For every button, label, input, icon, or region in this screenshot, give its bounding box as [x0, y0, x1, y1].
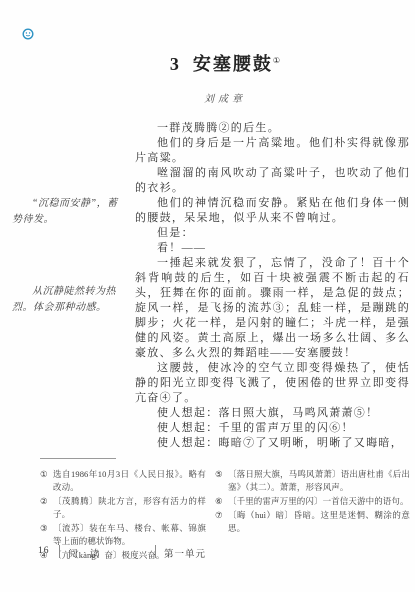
paragraph: 但是： [135, 226, 410, 241]
footnote-number: ⑥ [215, 495, 228, 508]
footnote-text: 〔茂腾腾〕陕北方言，形容有活力的样子。 [53, 495, 206, 521]
paragraph: 这腰鼓，使冰冷的空气立即变得燥热了，使恬静的阳光立即变得飞溅了，使困倦的世界立即… [135, 361, 410, 406]
paragraph: 使人想起：千里的雷声万里的闪⑥！ [135, 421, 410, 436]
paragraph: 一群茂腾腾②的后生。 [135, 121, 410, 136]
footnote: ① 选自1986年10月3日《人民日报》。略有改动。 [40, 468, 206, 494]
footnote-number: ⑤ [215, 468, 228, 494]
footnote-number: ② [40, 495, 53, 521]
footnote-number: ⑦ [215, 509, 228, 535]
textbook-page: 3安塞腰鼓① 刘成章 “沉稳而安静”，蓄势待发。 从沉静陡然转为热烈。体会那种动… [0, 0, 415, 592]
footnote-separator [40, 458, 116, 459]
paragraph: 使人想起：落日照大旗，马鸣风萧萧⑤！ [135, 406, 410, 421]
body-text-column: 一群茂腾腾②的后生。 他们的身后是一片高粱地。他们朴实得就像那片高粱。 咝溜溜的… [135, 121, 410, 451]
page-number: 16 [38, 546, 50, 556]
paragraph: 看！—— [135, 241, 410, 256]
smiley-face-icon[interactable] [22, 27, 34, 39]
lesson-title-text: 安塞腰鼓 [193, 54, 273, 74]
footnote-text: 〔晦（huì）暗〕昏暗。这里是迷惘、糊涂的意思。 [228, 509, 410, 535]
unit-label: 第一单元 [164, 546, 206, 560]
paragraph: 他们的身后是一片高粱地。他们朴实得就像那片高粱。 [135, 136, 410, 166]
section-label: 阅 读 [68, 546, 104, 560]
title-footnote-ref: ① [273, 56, 280, 65]
footnote: ⑦ 〔晦（huì）暗〕昏暗。这里是迷惘、糊涂的意思。 [215, 509, 410, 535]
footer-divider [59, 545, 60, 558]
footnote: ② 〔茂腾腾〕陕北方言，形容有活力的样子。 [40, 495, 206, 521]
page-footer: 16 阅 读 第一单元 [0, 545, 415, 561]
paragraph: 使人想起：晦暗⑦了又明晰，明晰了又晦暗， [135, 436, 410, 451]
footnote-text: 选自1986年10月3日《人民日报》。略有改动。 [53, 468, 206, 494]
margin-note: “沉稳而安静”，蓄势待发。 [12, 196, 120, 228]
lesson-title: 3安塞腰鼓① [0, 50, 415, 76]
footer-divider [155, 545, 156, 558]
paragraph: 一捶起来就发狠了，忘情了，没命了！百十个斜背响鼓的后生，如百十块被强震不断击起的… [135, 256, 410, 361]
paragraph: 他们的神情沉稳而安静。紧贴在他们身体一侧的腰鼓，呆呆地，似乎从来不曾响过。 [135, 196, 410, 226]
footnote-text: 〔落日照大旗，马鸣风萧萧〕语出唐杜甫《后出塞》（其二）。萧萧，形容风声。 [228, 468, 410, 494]
footnote: ⑥ 〔千里的雷声万里的闪〕一首信天游中的语句。 [215, 495, 410, 508]
footnote-number: ① [40, 468, 53, 494]
footnote-text: 〔千里的雷声万里的闪〕一首信天游中的语句。 [228, 495, 410, 508]
lesson-number: 3 [170, 54, 179, 74]
paragraph: 咝溜溜的南风吹动了高粱叶子，也吹动了他们的衣衫。 [135, 166, 410, 196]
author-name: 刘成章 [0, 90, 415, 105]
margin-note: 从沉静陡然转为热烈。体会那种动感。 [12, 284, 120, 316]
footnote: ⑤ 〔落日照大旗，马鸣风萧萧〕语出唐杜甫《后出塞》（其二）。萧萧，形容风声。 [215, 468, 410, 494]
